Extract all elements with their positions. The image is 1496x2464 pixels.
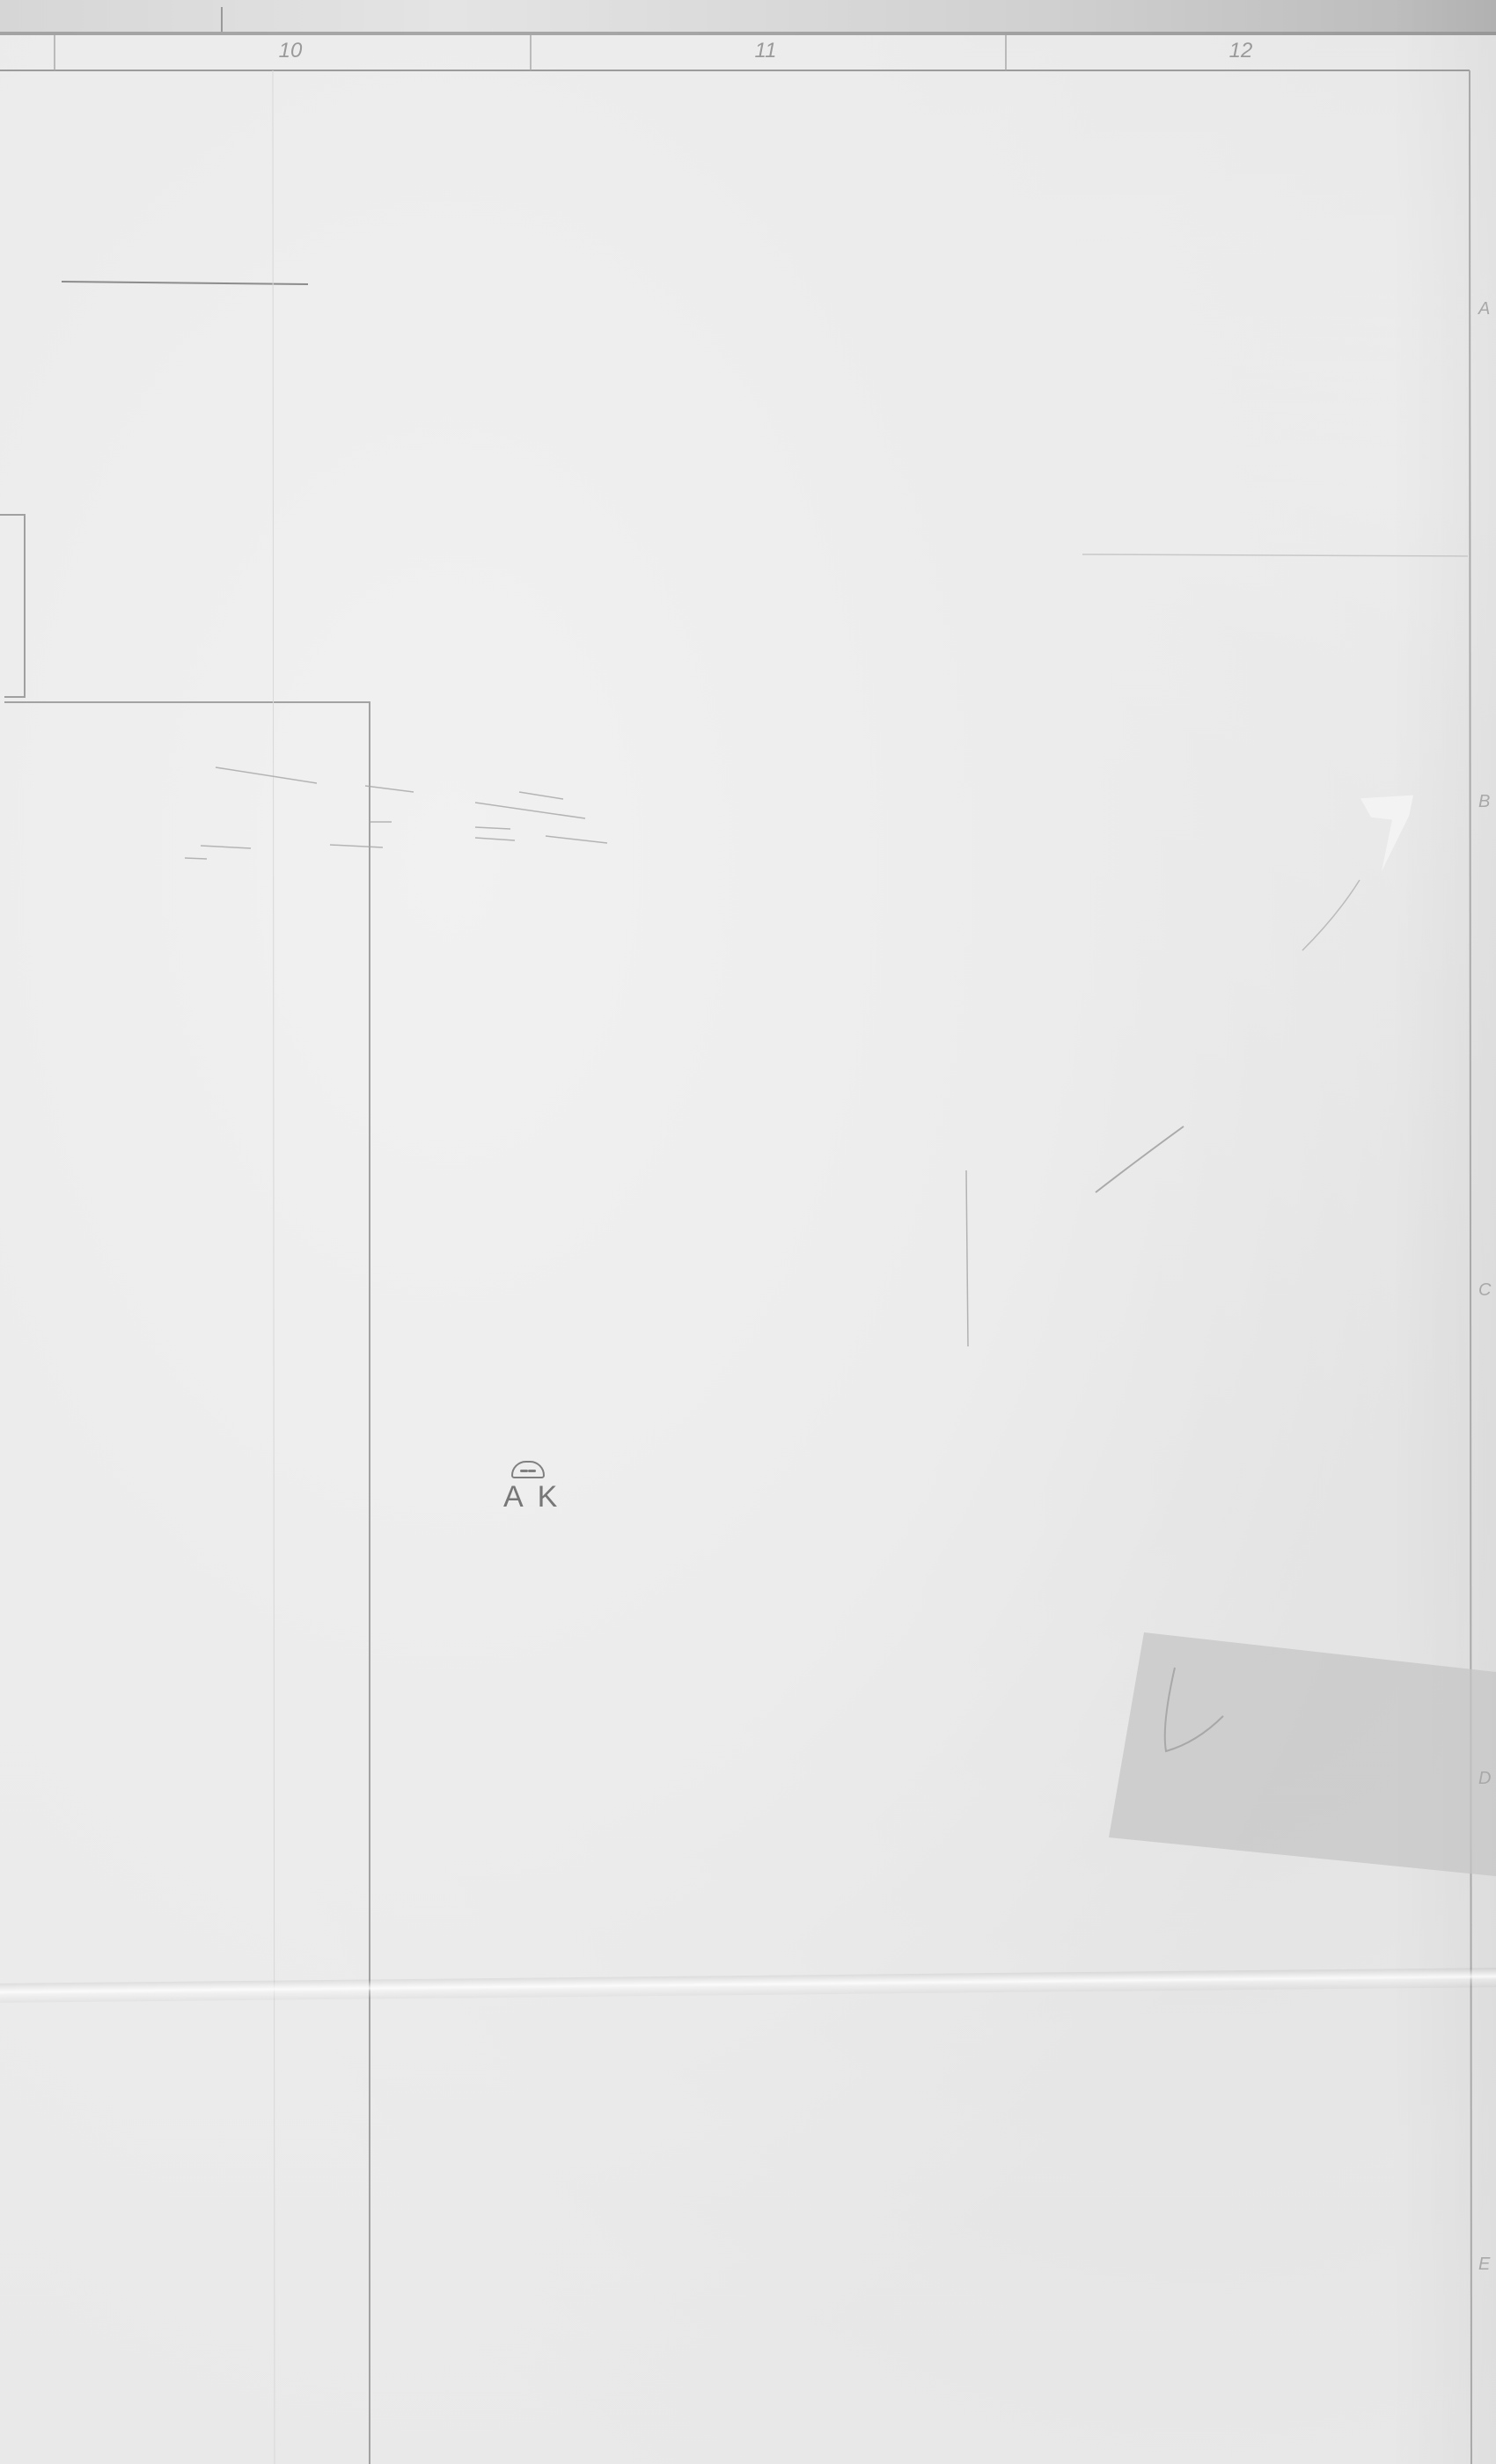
zone-letter: E: [1478, 2255, 1490, 2275]
annotation-mark: AK: [491, 1461, 565, 1514]
zone-letter: D: [1478, 1769, 1491, 1789]
zone-letter: A: [1478, 299, 1490, 319]
semicircle-stamp-icon: [511, 1461, 545, 1478]
column-number: 11: [755, 39, 777, 63]
column-number: 12: [1229, 39, 1253, 63]
zone-letter: B: [1478, 792, 1490, 812]
annotation-text: AK: [491, 1480, 571, 1514]
zone-letter: C: [1478, 1280, 1491, 1301]
column-number: 10: [279, 39, 303, 63]
drawing-lines: [0, 0, 1496, 2464]
